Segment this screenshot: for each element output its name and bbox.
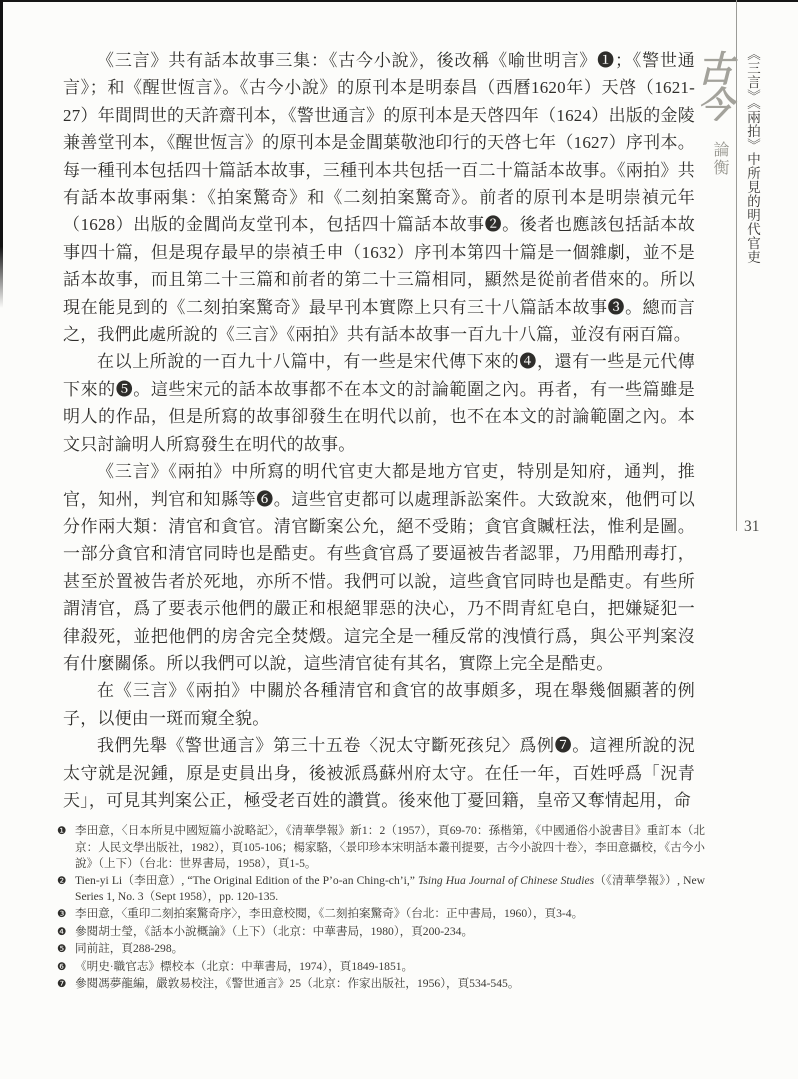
- scan-top-edge-line: [0, 0, 798, 2]
- footnote-item: ❶ 李田意，〈日本所見中國短篇小說略記〉，《清華學報》新1：2（1957），頁6…: [57, 823, 705, 873]
- body-paragraph: 在《三言》《兩拍》中關於各種清官和貪官的故事頗多，現在舉幾個顯著的例子，以便由一…: [63, 677, 695, 732]
- footnote-text: 《明史·職官志》標校本（北京：中華書局，1974），頁1849-1851。: [75, 959, 705, 977]
- footnote-item: ❻ 《明史·職官志》標校本（北京：中華書局，1974），頁1849-1851。: [57, 959, 705, 977]
- footnote-text: Tien-yi Li（李田意）, “The Original Edition o…: [75, 873, 705, 906]
- footnote-text: 參閱胡士瑩，《話本小說概論》（上下）（北京：中華書局，1980），頁200-23…: [75, 924, 705, 942]
- body-paragraph: 《三言》《兩拍》中所寫的明代官吏大都是地方官吏，特別是知府，通判，推官，知州，判…: [63, 458, 695, 677]
- footnote-item: ❺ 同前註，頁288-298。: [57, 941, 705, 959]
- body-paragraph: 在以上所說的一百九十八篇中，有一些是宋代傳下來的❹，還有一些是元代傳下來的❺。這…: [63, 348, 695, 458]
- footnote-text: 同前註，頁288-298。: [75, 941, 705, 959]
- scanned-paper-page: 《三言》共有話本故事三集：《古今小說》，後改稱《喻世明言》❶；《警世通言》；和《…: [0, 0, 798, 1079]
- footnote-journal-title: Tsing Hua Journal of Chinese Studies: [418, 874, 594, 887]
- margin-divider-rule: [736, 0, 737, 531]
- footnote-marker: ❶: [57, 823, 75, 873]
- footnote-text: 李田意，〈日本所見中國短篇小說略記〉，《清華學報》新1：2（1957），頁69-…: [75, 823, 705, 873]
- footnote-item: ❹ 參閱胡士瑩，《話本小說概論》（上下）（北京：中華書局，1980），頁200-…: [57, 924, 705, 942]
- footnote-text: 參閱馮夢龍編，嚴敦易校注，《警世通言》25（北京：作家出版社，1956），頁53…: [75, 976, 705, 994]
- article-title-vertical: 《三言》《兩拍》中所見的明代官吏: [742, 47, 763, 279]
- footnote-item: ❼ 參閱馮夢龍編，嚴敦易校注，《警世通言》25（北京：作家出版社，1956），頁…: [57, 976, 705, 994]
- footnote-marker: ❷: [57, 873, 75, 906]
- footnote-marker: ❺: [57, 941, 75, 959]
- scan-left-edge-bar: [0, 0, 3, 308]
- body-paragraph: 我們先舉《警世通言》第三十五卷〈況太守斷死孩兒〉爲例❼。這裡所說的況太守就是況鍾…: [63, 732, 695, 814]
- footnote-marker: ❼: [57, 976, 75, 994]
- page-number: 31: [744, 518, 760, 536]
- footnote-text: 李田意，〈重印二刻拍案驚奇序〉，李田意校閱，《二刻拍案驚奇》（台北：正中書局，1…: [75, 906, 705, 924]
- footnote-text-roman: Tien-yi Li（李田意）, “The Original Edition o…: [75, 874, 418, 887]
- footnote-marker: ❻: [57, 959, 75, 977]
- footnote-list: ❶ 李田意，〈日本所見中國短篇小說略記〉，《清華學報》新1：2（1957），頁6…: [57, 823, 705, 994]
- footnote-item: ❸ 李田意，〈重印二刻拍案驚奇序〉，李田意校閱，《二刻拍案驚奇》（台北：正中書局…: [57, 906, 705, 924]
- journal-logo-subtitle: 論衡: [710, 141, 729, 191]
- body-paragraph: 《三言》共有話本故事三集：《古今小說》，後改稱《喻世明言》❶；《警世通言》；和《…: [63, 47, 695, 348]
- article-body: 《三言》共有話本故事三集：《古今小說》，後改稱《喻世明言》❶；《警世通言》；和《…: [63, 47, 695, 814]
- footnote-marker: ❹: [57, 924, 75, 942]
- footnote-item: ❷ Tien-yi Li（李田意）, “The Original Edition…: [57, 873, 705, 906]
- footnote-marker: ❸: [57, 906, 75, 924]
